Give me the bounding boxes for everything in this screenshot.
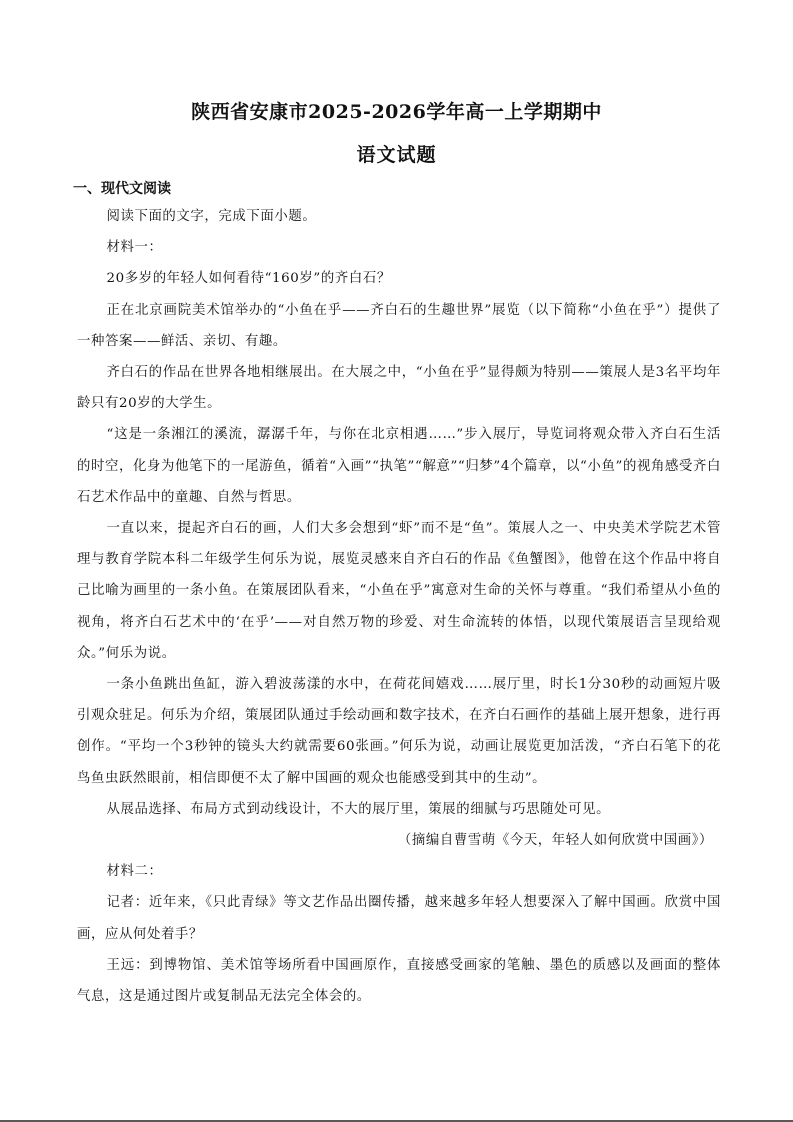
interview-question: 记者：近年来，《只此青绿》等文艺作品出圈传播，越来越多年轻人想要深入了解中国画。…: [77, 887, 721, 949]
material-two-label: 材料二：: [77, 856, 721, 887]
document-title: 陕西省安康市2025-2026学年高一上学期期中: [0, 97, 793, 124]
document-page: 陕西省安康市2025-2026学年高一上学期期中 语文试题 一、现代文阅读 阅读…: [0, 0, 793, 1122]
body-paragraph: 齐白石的作品在世界各地相继展出。在大展之中，“小鱼在乎”显得颇为特别——策展人是…: [77, 357, 721, 419]
document-subtitle: 语文试题: [0, 140, 793, 167]
article-heading: 20多岁的年轻人如何看待“160岁”的齐白石？: [77, 263, 721, 294]
source-citation: （摘编自曹雪萌《今天，年轻人如何欣赏中国画》）: [77, 825, 721, 856]
body-paragraph: 从展品选择、布局方式到动线设计，不大的展厅里，策展的细腻与巧思随处可见。: [77, 794, 721, 825]
interview-answer: 王远：到博物馆、美术馆等场所看中国画原作，直接感受画家的笔触、墨色的质感以及画面…: [77, 950, 721, 1012]
body-paragraph: “这是一条湘江的溪流，潺潺千年，与你在北京相遇……”步入展厅，导览词将观众带入齐…: [77, 419, 721, 513]
section-heading: 一、现代文阅读: [73, 178, 171, 198]
body-paragraph: 一条小鱼跳出鱼缸，游入碧波荡漾的水中，在荷花间嬉戏……展厅里，时长1分30秒的动…: [77, 669, 721, 794]
body-paragraph: 正在北京画院美术馆举办的“小鱼在乎——齐白石的生趣世界”展览（以下简称“小鱼在乎…: [77, 295, 721, 357]
material-one-label: 材料一：: [77, 232, 721, 263]
body-paragraph: 一直以来，提起齐白石的画，人们大多会想到“虾”而不是“鱼”。策展人之一、中央美术…: [77, 513, 721, 669]
instruction-paragraph: 阅读下面的文字，完成下面小题。: [77, 201, 721, 232]
document-body: 阅读下面的文字，完成下面小题。 材料一： 20多岁的年轻人如何看待“160岁”的…: [77, 201, 721, 1012]
